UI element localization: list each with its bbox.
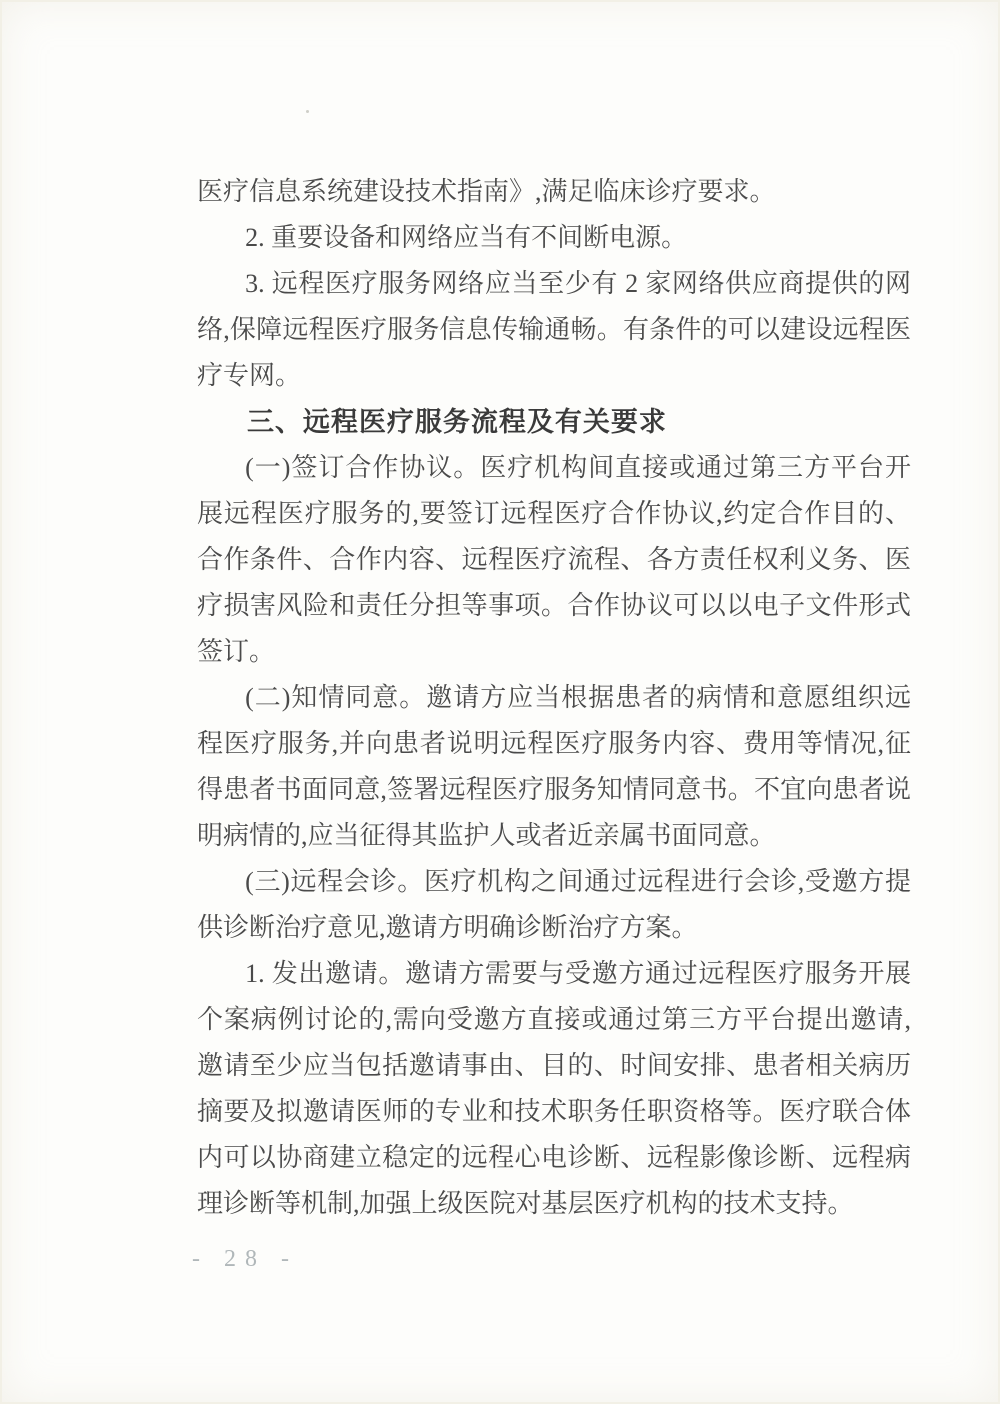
section-heading: 三、远程医疗服务流程及有关要求 bbox=[197, 399, 911, 445]
paragraph-item-1-invite: 1. 发出邀请。邀请方需要与受邀方通过远程医疗服务开展个案病例讨论的,需向受邀方… bbox=[197, 951, 911, 1227]
paragraph-subsection-2: (二)知情同意。邀请方应当根据患者的病情和意愿组织远程医疗服务,并向患者说明远程… bbox=[197, 675, 911, 859]
document-body: 医疗信息系统建设技术指南》,满足临床诊疗要求。 2. 重要设备和网络应当有不间断… bbox=[197, 169, 911, 1227]
paragraph-subsection-1: (一)签订合作协议。医疗机构间直接或通过第三方平台开展远程医疗服务的,要签订远程… bbox=[197, 445, 911, 675]
paragraph-item-2: 2. 重要设备和网络应当有不间断电源。 bbox=[197, 215, 911, 261]
paragraph-item-3: 3. 远程医疗服务网络应当至少有 2 家网络供应商提供的网络,保障远程医疗服务信… bbox=[197, 261, 911, 399]
paragraph-continuation: 医疗信息系统建设技术指南》,满足临床诊疗要求。 bbox=[197, 169, 911, 215]
paragraph-subsection-3: (三)远程会诊。医疗机构之间通过远程进行会诊,受邀方提供诊断治疗意见,邀请方明确… bbox=[197, 859, 911, 951]
page-number: - 28 - bbox=[192, 1246, 298, 1273]
scanned-document-page: 医疗信息系统建设技术指南》,满足临床诊疗要求。 2. 重要设备和网络应当有不间断… bbox=[0, 0, 1000, 1404]
scan-artifact-speck bbox=[306, 110, 309, 113]
